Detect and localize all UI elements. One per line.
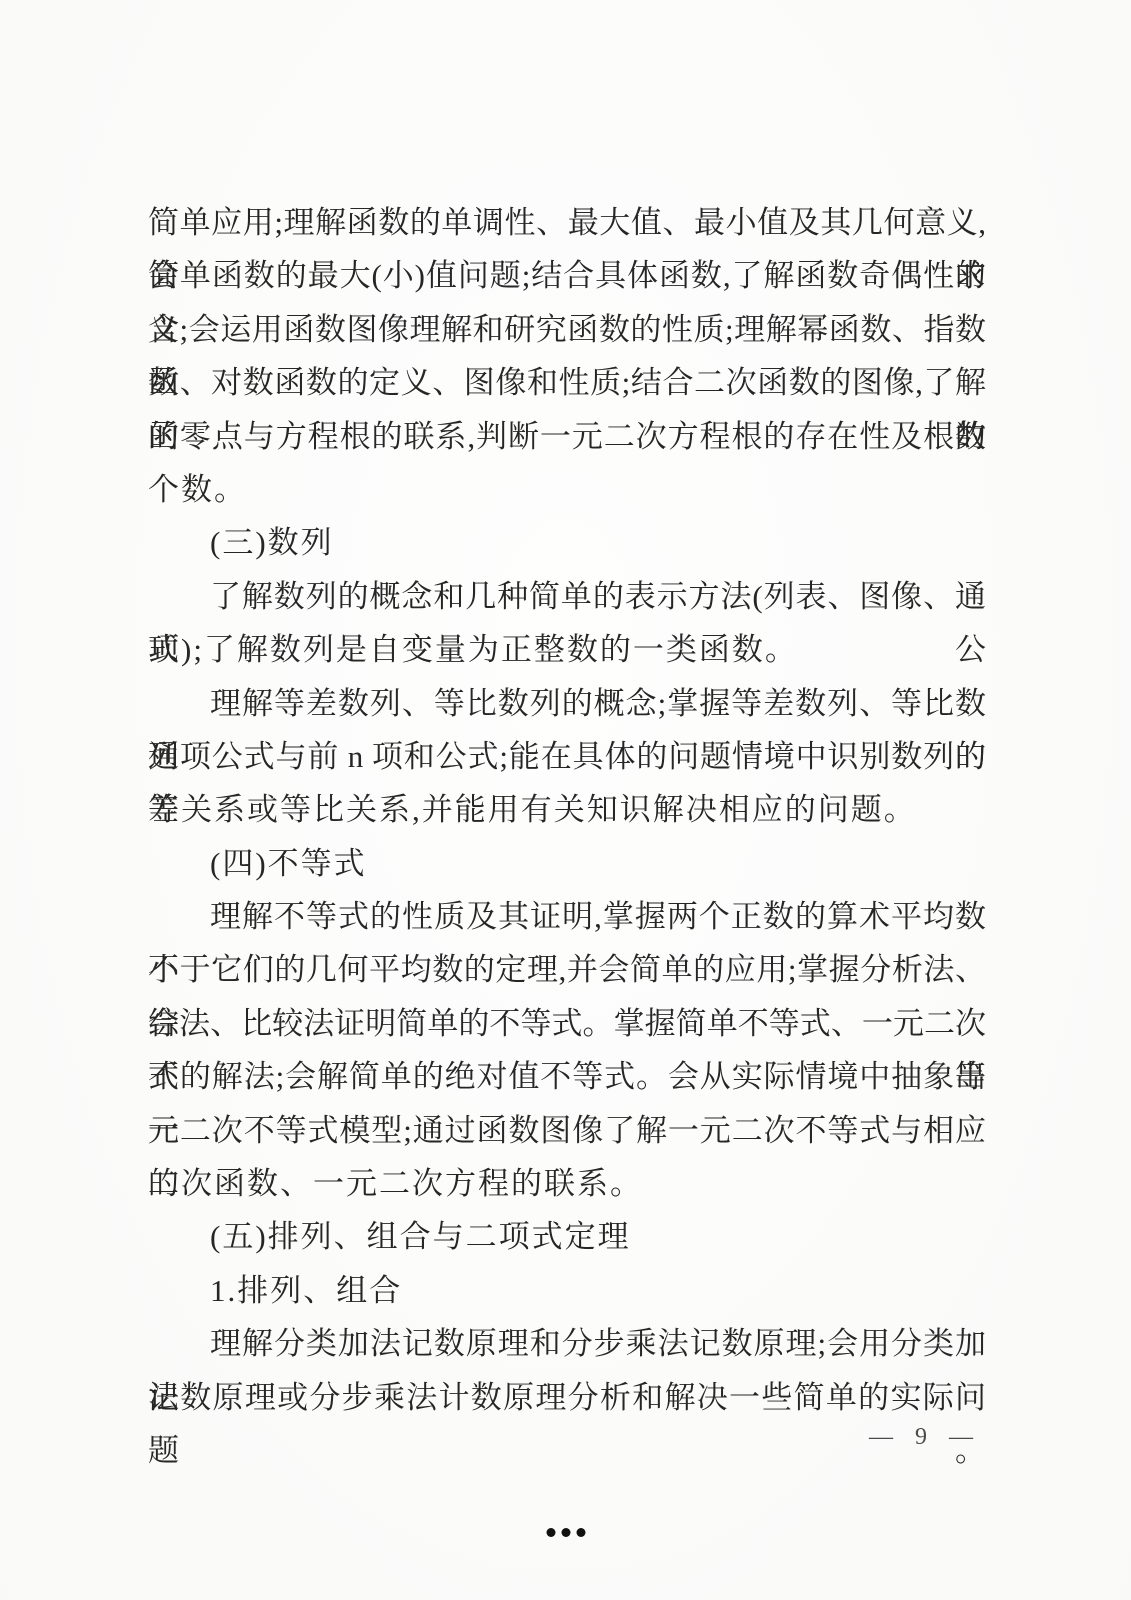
- text-line: 记数原理或分步乘法计数原理分析和解决一些简单的实际问题。: [148, 1371, 986, 1424]
- page-number: — 9 —: [862, 1424, 982, 1451]
- text-line: 通项公式与前 n 项和公式;能在具体的问题情境中识别数列的等: [148, 730, 986, 783]
- text-line: 义;会运用函数图像理解和研究函数的性质;理解幂函数、指数函: [148, 303, 986, 356]
- scanned-document-page: 简单应用;理解函数的单调性、最大值、最小值及其几何意义,会求 简单函数的最大(小…: [0, 0, 1131, 1600]
- text-line: 元二次不等式模型;通过函数图像了解一元二次不等式与相应的: [148, 1104, 986, 1157]
- text-line: 差关系或等比关系,并能用有关知识解决相应的问题。: [148, 783, 986, 836]
- dot-icon: [546, 1528, 555, 1537]
- text-line: 的零点与方程根的联系,判断一元二次方程根的存在性及根的: [148, 410, 986, 463]
- text-line: 小于它们的几何平均数的定理,并会简单的应用;掌握分析法、综: [148, 943, 986, 996]
- text-line: 合法、比较法证明简单的不等式。掌握简单不等式、一元二次不等: [148, 997, 986, 1050]
- section-heading: (四)不等式: [148, 837, 986, 890]
- pagination-dots-icon: [546, 1528, 585, 1537]
- text-line: 理解分类加法记数原理和分步乘法记数原理;会用分类加法: [148, 1317, 986, 1370]
- text-line: 数、对数函数的定义、图像和性质;结合二次函数的图像,了解函数: [148, 356, 986, 409]
- text-line: 式的解法;会解简单的绝对值不等式。会从实际情境中抽象出一: [148, 1050, 986, 1103]
- document-text-block: 简单应用;理解函数的单调性、最大值、最小值及其几何意义,会求 简单函数的最大(小…: [148, 196, 986, 1424]
- text-line: 二次函数、一元二次方程的联系。: [148, 1157, 986, 1210]
- subsection-heading: 1.排列、组合: [148, 1264, 986, 1317]
- text-line: 理解等差数列、等比数列的概念;掌握等差数列、等比数列的: [148, 677, 986, 730]
- text-line: 个数。: [148, 463, 986, 516]
- dot-icon: [561, 1528, 570, 1537]
- text-line: 简单应用;理解函数的单调性、最大值、最小值及其几何意义,会求: [148, 196, 986, 249]
- text-line: 简单函数的最大(小)值问题;结合具体函数,了解函数奇偶性的含: [148, 249, 986, 302]
- section-heading: (三)数列: [148, 516, 986, 569]
- text-line: 理解不等式的性质及其证明,掌握两个正数的算术平均数不: [148, 890, 986, 943]
- dot-icon: [576, 1528, 585, 1537]
- text-line: 了解数列的概念和几种简单的表示方法(列表、图像、通项公: [148, 570, 986, 623]
- section-heading: (五)排列、组合与二项式定理: [148, 1210, 986, 1263]
